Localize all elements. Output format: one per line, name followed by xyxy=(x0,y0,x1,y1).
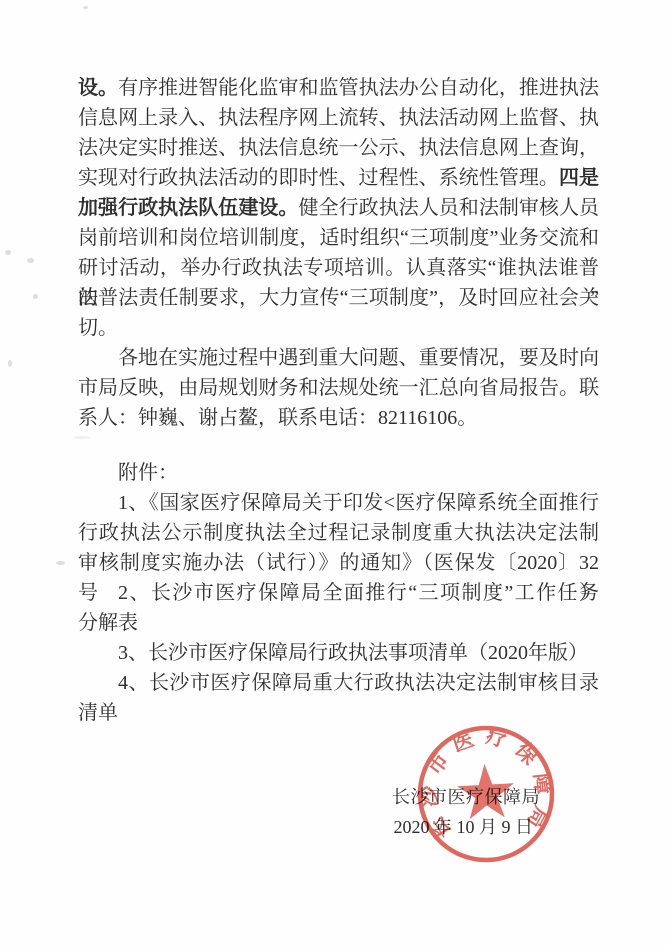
scan-artifact xyxy=(56,561,65,565)
scan-artifact xyxy=(33,294,38,299)
document-text-line: 分解表 xyxy=(78,608,599,638)
text-segment: 2、长沙市医疗保障局全面推行“三项制度”工作任务 xyxy=(118,582,599,604)
document-text-line: 审核制度实施办法（试行）》的通知》（医保发〔2020〕32号） xyxy=(78,548,599,578)
document-text-line: 实现对行政执法活动的即时性、过程性、系统性管理。四是 xyxy=(78,163,599,193)
document-text-line: 加强行政执法队伍建设。健全行政执法人员和法制审核人员 xyxy=(78,193,599,223)
bold-text-segment: 四是 xyxy=(559,167,599,189)
text-segment: 行政执法公示制度执法全过程记录制度重大执法决定法制 xyxy=(78,522,599,544)
scan-artifact xyxy=(5,250,11,255)
text-segment: 健全行政执法人员和法制审核人员 xyxy=(298,197,599,219)
document-text-line: 清单 xyxy=(78,698,599,728)
text-segment: 切。 xyxy=(78,317,118,339)
bold-text-segment: 加强行政执法队伍建设。 xyxy=(78,197,298,219)
document-text-line: 信息网上录入、执法程序网上流转、执法活动网上监督、执 xyxy=(78,103,599,133)
text-segment: 的普法责任制要求，大力宣传“三项制度”，及时回应社会关 xyxy=(78,287,599,309)
scan-artifact xyxy=(8,360,12,367)
text-segment: 分解表 xyxy=(78,612,138,634)
document-text-line: 市局反映，由局规划财务和法规处统一汇总向省局报告。联 xyxy=(78,373,599,403)
signature-date: 2020 年 10 月 9 日 xyxy=(78,812,599,842)
text-segment: 信息网上录入、执法程序网上流转、执法活动网上监督、执 xyxy=(78,107,599,129)
document-text-line: 2、长沙市医疗保障局全面推行“三项制度”工作任务 xyxy=(78,578,599,608)
line-spacer xyxy=(78,728,599,782)
document-text-line: 3、长沙市医疗保障局行政执法事项清单（2020年版） xyxy=(78,638,599,668)
bold-text-segment: 设。 xyxy=(78,77,118,99)
scanned-document-page: 设。有序推进智能化监审和监管执法办公自动化，推进执法信息网上录入、执法程序网上流… xyxy=(0,0,669,946)
text-segment: 系人：钟巍、谢占鳌，联系电话：82116106。 xyxy=(78,407,477,429)
document-text-line: 系人：钟巍、谢占鳌，联系电话：82116106。 xyxy=(78,403,599,433)
document-text-line: 4、长沙市医疗保障局重大行政执法决定法制审核目录 xyxy=(78,668,599,698)
text-segment: 清单 xyxy=(78,702,118,724)
text-segment: 岗前培训和岗位培训制度，适时组织“三项制度”业务交流和 xyxy=(78,227,599,249)
text-segment: 实现对行政执法活动的即时性、过程性、系统性管理。 xyxy=(78,167,559,189)
text-segment: 附件： xyxy=(118,462,178,484)
document-lines: 设。有序推进智能化监审和监管执法办公自动化，推进执法信息网上录入、执法程序网上流… xyxy=(78,73,599,782)
document-text-line: 行政执法公示制度执法全过程记录制度重大执法决定法制 xyxy=(78,518,599,548)
scan-artifact xyxy=(83,6,88,9)
document-text-line: 设。有序推进智能化监审和监管执法办公自动化，推进执法 xyxy=(78,73,599,103)
line-spacer xyxy=(78,433,599,458)
document-text-line: 切。 xyxy=(78,313,599,343)
signature-organization: 长沙市医疗保障局 xyxy=(78,782,599,812)
document-text-line: 的普法责任制要求，大力宣传“三项制度”，及时回应社会关 xyxy=(78,283,599,313)
scan-artifact xyxy=(27,258,34,263)
document-text-line: 各地在实施过程中遇到重大问题、重要情况，要及时向 xyxy=(78,343,599,373)
text-segment: 市局反映，由局规划财务和法规处统一汇总向省局报告。联 xyxy=(78,377,599,399)
document-text-line: 1、《国家医疗保障局关于印发<医疗保障系统全面推行 xyxy=(78,488,599,518)
text-segment: 4、长沙市医疗保障局重大行政执法决定法制审核目录 xyxy=(118,672,599,694)
text-segment: 1、《国家医疗保障局关于印发<医疗保障系统全面推行 xyxy=(118,492,599,514)
document-text-line: 岗前培训和岗位培训制度，适时组织“三项制度”业务交流和 xyxy=(78,223,599,253)
text-segment: 3、长沙市医疗保障局行政执法事项清单（2020年版） xyxy=(118,642,588,664)
document-text-line: 研讨活动，举办行政执法专项培训。认真落实“谁执法谁普法” xyxy=(78,253,599,283)
text-segment: 有序推进智能化监审和监管执法办公自动化，推进执法 xyxy=(118,77,599,99)
document-text-line: 附件： xyxy=(78,458,599,488)
text-segment: 各地在实施过程中遇到重大问题、重要情况，要及时向 xyxy=(118,347,599,369)
text-segment: 法决定实时推送、执法信息统一公示、执法信息网上查询， xyxy=(78,137,599,159)
document-text-line: 法决定实时推送、执法信息统一公示、执法信息网上查询， xyxy=(78,133,599,163)
document-body: 设。有序推进智能化监审和监管执法办公自动化，推进执法信息网上录入、执法程序网上流… xyxy=(78,73,599,842)
